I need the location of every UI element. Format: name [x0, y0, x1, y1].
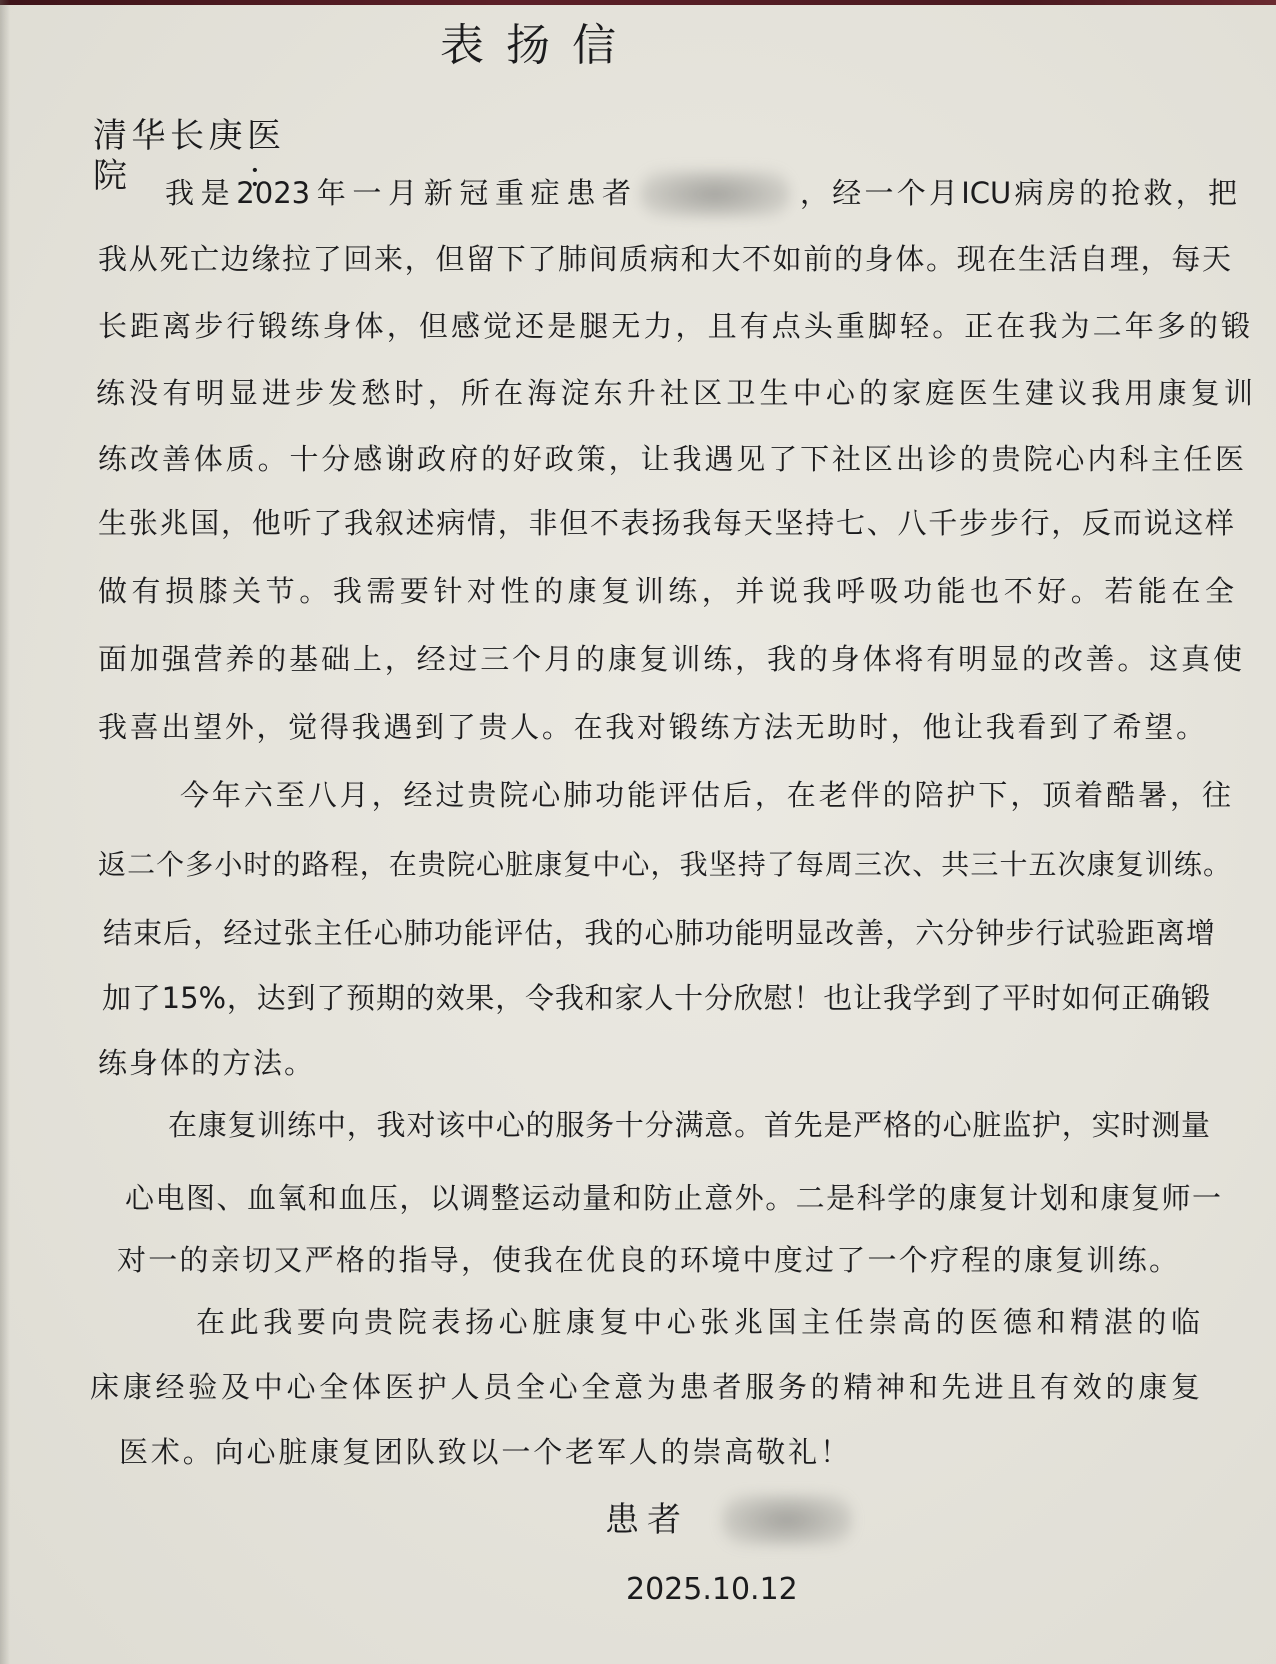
letter-line: 医术。向心脏康复团队致以一个老军人的崇高敬礼！ [119, 1432, 849, 1472]
letter-line: 在康复训练中，我对该中心的服务十分满意。首先是严格的心脏监护，实时测量 [168, 1105, 1210, 1145]
letter-line: 练没有明显进步发愁时，所在海淀东升社区卫生中心的家庭医生建议我用康复训 [96, 373, 1253, 413]
letter-line: 练改善体质。十分感谢政府的好政策，让我遇见了下社区出诊的贵院心内科主任医 [98, 439, 1244, 479]
redacted-patient-name [640, 170, 790, 218]
redacted-signature-name [722, 1494, 852, 1546]
letter-line: 心电图、血氧和血压，以调整运动量和防止意外。二是科学的康复计划和康复师一 [125, 1178, 1221, 1218]
letter-line-1-start: 我是2023年一月新冠重症患者 [165, 173, 631, 213]
letter-line: 加了15%，达到了预期的效果，令我和家人十分欣慰！也让我学到了平时如何正确锻 [102, 978, 1210, 1018]
letter-line: 在此我要向贵院表扬心脏康复中心张兆国主任崇高的医德和精湛的临 [196, 1302, 1200, 1342]
letter-salutation: 清华长庚医院： [93, 116, 281, 156]
paper-edge-shadow [0, 0, 10, 1664]
letter-line: 练身体的方法。 [98, 1043, 313, 1083]
letter-line: 长距离步行锻练身体，但感觉还是腿无力，且有点头重脚轻。正在我为二年多的锻 [98, 306, 1250, 346]
letter-line: 今年六至八月，经过贵院心肺功能评估后，在老伴的陪护下，顶着酷暑，往 [180, 775, 1231, 815]
letter-line: 返二个多小时的路程，在贵院心脏康复中心，我坚持了每周三次、共三十五次康复训练。 [98, 845, 1231, 885]
letter-line: 床康经验及中心全体医护人员全心全意为患者服务的精神和先进且有效的康复 [90, 1367, 1200, 1407]
letter-line-1-end: ，经一个月ICU病房的抢救，把 [800, 173, 1237, 213]
letter-line: 生张兆国，他听了我叙述病情，非但不表扬我每天坚持七、八千步步行，反而说这样 [98, 503, 1234, 543]
letter-line: 我喜出望外，觉得我遇到了贵人。在我对锻练方法无助时，他让我看到了希望。 [98, 707, 1205, 747]
letter-line: 对一的亲切又严格的指导，使我在优良的环境中度过了一个疗程的康复训练。 [117, 1240, 1178, 1280]
letter-line: 结束后，经过张主任心肺功能评估，我的心肺功能明显改善，六分钟步行试验距离增 [103, 913, 1215, 953]
letter-line: 面加强营养的基础上，经过三个月的康复训练，我的身体将有明显的改善。这真使 [98, 639, 1242, 679]
letter-line: 做有损膝关节。我需要针对性的康复训练，并说我呼吸功能也不好。若能在全 [98, 571, 1234, 611]
letter-line: 我从死亡边缘拉了回来，但留下了肺间质病和大不如前的身体。现在生活自理，每天 [98, 239, 1231, 279]
letter-title: 表扬信 [440, 22, 616, 70]
background-strip [0, 0, 1276, 5]
letter-date: 2025.10.12 [626, 1570, 818, 1610]
signature-label: 患者 [605, 1500, 681, 1540]
